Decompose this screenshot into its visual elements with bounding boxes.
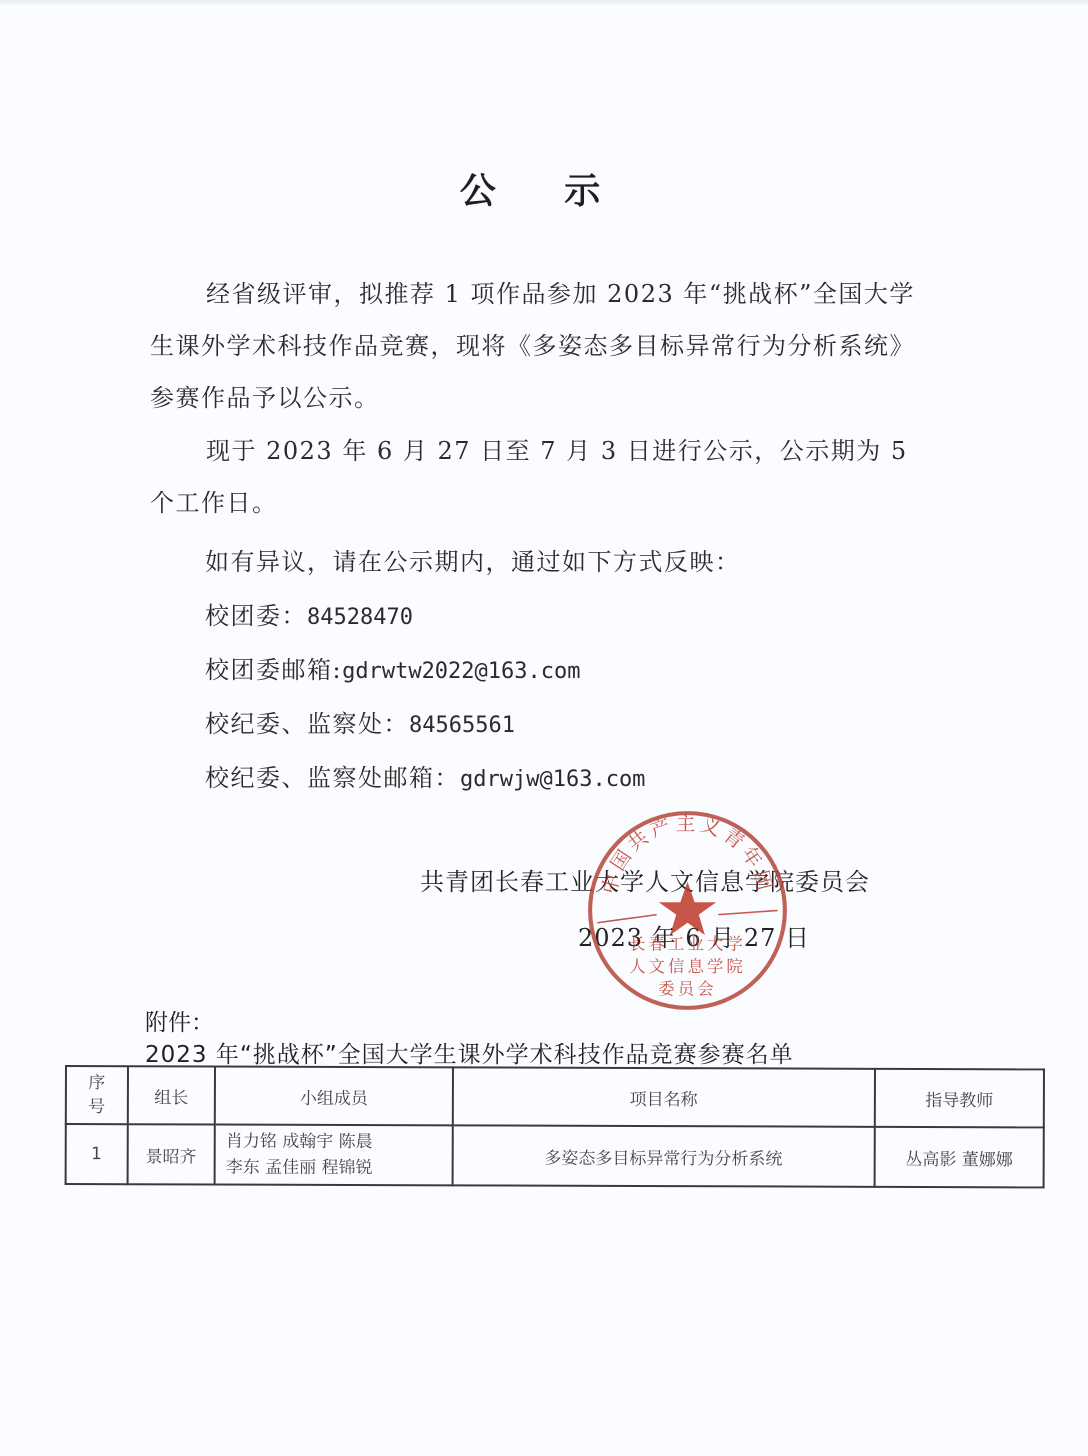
- header-advisors: 指导教师: [875, 1069, 1044, 1128]
- header-leader: 组长: [127, 1066, 215, 1124]
- cell-leader: 景昭齐: [127, 1124, 215, 1184]
- scan-edge: [0, 0, 1088, 6]
- contact-value: 84528470: [307, 605, 413, 630]
- header-project: 项目名称: [453, 1067, 875, 1126]
- members-line-1: 肖力铭 成翰宇 陈晨: [226, 1129, 448, 1156]
- contact-youth-league-phone: 校团委：84528470: [205, 596, 413, 631]
- paragraph-objection: 如有异议，请在公示期内，通过如下方式反映：: [205, 542, 741, 577]
- paragraph-publicity-period: 现于 2023 年 6 月 27 日至 7 月 3 日进行公示，公示期为 5 个…: [150, 425, 940, 529]
- cell-advisors: 丛高影 董娜娜: [874, 1127, 1043, 1188]
- contact-discipline-phone: 校纪委、监察处：84565561: [205, 704, 515, 739]
- header-members: 小组成员: [215, 1067, 453, 1126]
- cell-project: 多姿态多目标异常行为分析系统: [452, 1125, 874, 1186]
- contact-value: 84565561: [409, 713, 515, 738]
- paragraph-recommendation: 经省级评审，拟推荐 1 项作品参加 2023 年“挑战杯”全国大学生课外学术科技…: [150, 268, 940, 424]
- table-row: 1 景昭齐 肖力铭 成翰宇 陈晨 李东 孟佳丽 程锦锐 多姿态多目标异常行为分析…: [66, 1124, 1044, 1187]
- cell-members: 肖力铭 成翰宇 陈晨 李东 孟佳丽 程锦锐: [215, 1125, 453, 1186]
- header-seq-line1: 序: [71, 1071, 123, 1095]
- cell-seq: 1: [66, 1124, 128, 1184]
- contact-label: 校纪委、监察处：: [205, 710, 409, 738]
- header-seq: 序 号: [66, 1066, 128, 1124]
- table-header-row: 序 号 组长 小组成员 项目名称 指导教师: [66, 1066, 1044, 1127]
- members-line-2: 李东 孟佳丽 程锦锐: [226, 1155, 448, 1182]
- attachment-title: 2023 年“挑战杯”全国大学生课外学术科技作品竞赛参赛名单: [145, 1036, 794, 1069]
- signature-organization: 共青团长春工业大学人文信息学院委员会: [420, 862, 870, 897]
- official-seal-icon: 中国共产主义青年团 长春工业大学 人文信息学院 委员会: [585, 808, 790, 1013]
- seal-line-3: 委员会: [658, 980, 716, 999]
- header-seq-line2: 号: [71, 1095, 123, 1119]
- contact-discipline-email: 校纪委、监察处邮箱：gdrwjw@163.com: [205, 758, 645, 793]
- contact-label: 校团委邮箱:: [205, 656, 342, 684]
- contact-label: 校纪委、监察处邮箱：: [205, 764, 460, 792]
- attachment-label: 附件：: [145, 1004, 214, 1037]
- paragraph-text: 经省级评审，拟推荐 1 项作品参加 2023 年“挑战杯”全国大学生课外学术科技…: [150, 280, 915, 412]
- paragraph-text: 现于 2023 年 6 月 27 日至 7 月 3 日进行公示，公示期为 5 个…: [150, 437, 908, 517]
- seal-line-2: 人文信息学院: [629, 957, 746, 976]
- contact-youth-league-email: 校团委邮箱:gdrwtw2022@163.com: [205, 650, 581, 685]
- roster-table: 序 号 组长 小组成员 项目名称 指导教师 1 景昭齐 肖力铭 成翰宇 陈晨 李…: [65, 1065, 1045, 1188]
- contact-label: 校团委：: [205, 602, 307, 630]
- contact-value: gdrwtw2022@163.com: [342, 659, 580, 684]
- contact-value: gdrwjw@163.com: [460, 767, 645, 792]
- signature-date: 2023 年 6 月 27 日: [578, 918, 810, 953]
- page-title: 公 示: [0, 163, 1088, 214]
